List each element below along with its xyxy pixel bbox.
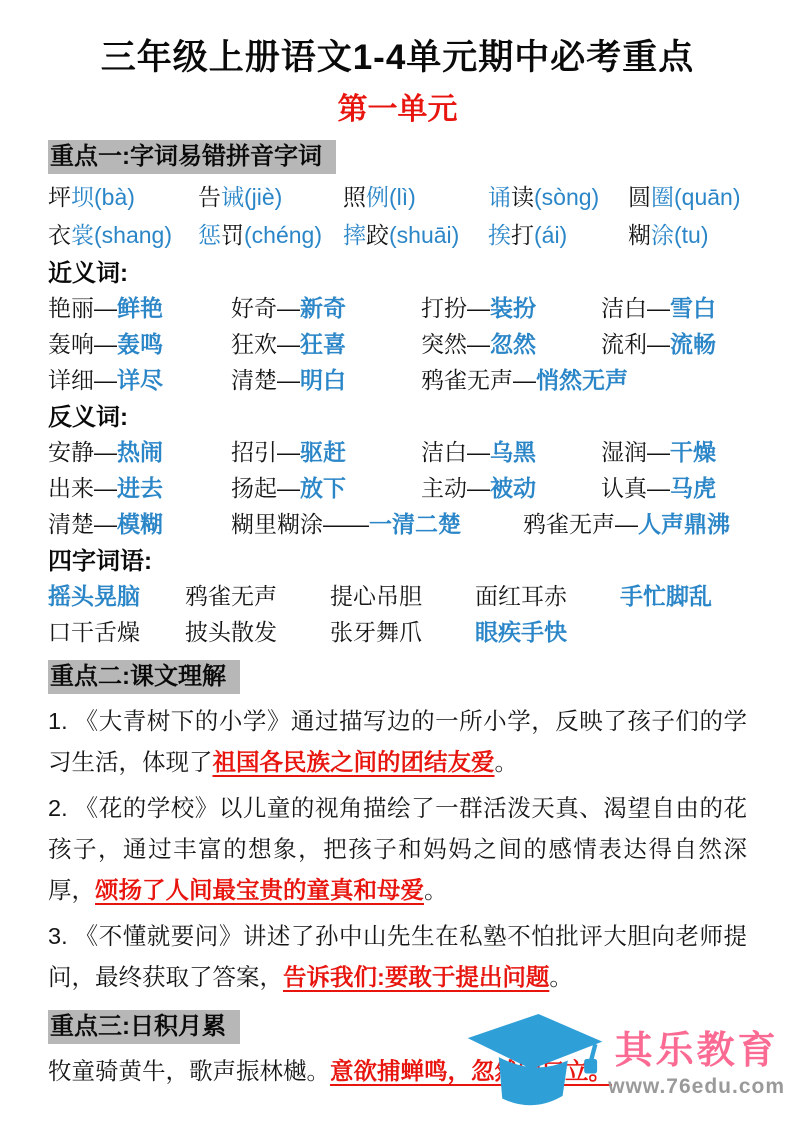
text-run: 驱赶 [300, 439, 346, 465]
text-run: (ái) [534, 222, 567, 248]
text-run: 乌黑 [490, 439, 536, 465]
text-run: 糊 [628, 222, 651, 248]
word-item: 鸦雀无声 [185, 578, 330, 611]
text-run: 颂扬了人间最宝贵的童真和母爱 [95, 877, 424, 903]
word-item: 流利—流畅 [601, 326, 747, 359]
text-run: 热闹 [117, 439, 163, 465]
text-run: 新奇 [300, 295, 346, 321]
word-item: 口干舌燥 [48, 614, 185, 647]
word-item: 鸦雀无声—悄然无声 [421, 362, 747, 395]
text-run: 认真— [601, 475, 670, 501]
word-item: 认真—马虎 [601, 470, 747, 503]
text-run: 。 [424, 877, 448, 903]
text-run: 摔 [343, 222, 366, 248]
brand-url: www.76edu.com [608, 1074, 785, 1100]
unit-heading: 第一单元 [48, 92, 747, 128]
text-run: 轰鸣 [117, 331, 163, 357]
brand-name: 其乐教育 [615, 1028, 779, 1074]
text-run: 牧童骑黄牛，歌声振林樾。 [48, 1058, 330, 1084]
antonyms-row-2: 出来—进去扬起—放下主动—被动认真—马虎 [48, 468, 747, 504]
text-run: 清楚— [48, 511, 117, 537]
text-run: 。 [495, 749, 519, 775]
text-run: 进去 [117, 475, 163, 501]
synonyms-row-2: 轰响—轰鸣狂欢—狂喜突然—忽然流利—流畅 [48, 324, 747, 360]
word-item: 挨打(ái) [488, 217, 628, 250]
word-item: 清楚—模糊 [48, 506, 231, 539]
word-item: 狂欢—狂喜 [231, 326, 421, 359]
word-item: 详细—详尽 [48, 362, 231, 395]
text-run: 鸦雀无声— [421, 367, 536, 393]
word-item: 披头散发 [185, 614, 330, 647]
text-run: 清楚— [231, 367, 300, 393]
antonyms-row-1: 安静—热闹招引—驱赶洁白—乌黑湿润—干燥 [48, 432, 747, 468]
phrases-row-2: 口干舌燥披头散发张牙舞爪眼疾手快 [48, 612, 747, 648]
text-run: 面红耳赤 [475, 583, 567, 609]
section1-header: 重点一:字词易错拼音字词 [48, 140, 336, 174]
text-run: 张牙舞爪 [330, 619, 422, 645]
text-run: 跤 [366, 222, 389, 248]
text-run: 鸦雀无声— [523, 511, 638, 537]
word-item: 主动—被动 [421, 470, 601, 503]
word-item: 鸦雀无声—人声鼎沸 [523, 506, 747, 539]
text-run: 悄然无声 [536, 367, 628, 393]
word-item: 出来—进去 [48, 470, 231, 503]
pinyin-row-2: 衣裳(shang)惩罚(chéng)摔跤(shuāi)挨打(ái)糊涂(tu) [48, 214, 747, 252]
word-item: 安静—热闹 [48, 434, 231, 467]
phrases-row-1: 摇头晃脑鸦雀无声提心吊胆面红耳赤手忙脚乱 [48, 576, 747, 612]
section1-header-row: 重点一:字词易错拼音字词 [48, 140, 747, 176]
word-item: 糊里糊涂——一清二楚 [231, 506, 523, 539]
text-run: 明白 [300, 367, 346, 393]
word-item: 告诫(jiè) [198, 179, 343, 212]
text-run: 例(lì) [366, 184, 416, 210]
word-item: 摔跤(shuāi) [343, 217, 488, 250]
section2-header-row: 重点二:课文理解 [48, 660, 747, 696]
word-item: 面红耳赤 [475, 578, 620, 611]
text-run: (sòng) [534, 184, 599, 210]
paragraph-2: 2. 《花的学校》以儿童的视角描绘了一群活泼天真、渴望自由的花孩子，通过丰富的想… [48, 783, 747, 911]
text-run: 衣 [48, 222, 71, 248]
text-run: (chéng) [244, 222, 322, 248]
word-item: 摇头晃脑 [48, 578, 185, 611]
word-item: 好奇—新奇 [231, 290, 421, 323]
brand-footer: 其乐教育 www.76edu.com [466, 1012, 785, 1116]
page: 三年级上册语文1-4单元期中必考重点 第一单元 重点一:字词易错拼音字词 坪坝(… [0, 0, 793, 1122]
text-run: 打 [511, 222, 534, 248]
pinyin-row-1: 坪坝(bà)告诫(jiè)照例(lì)诵读(sòng)圆圈(quān) [48, 176, 747, 214]
text-run: 。 [549, 964, 573, 990]
brand-text-block: 其乐教育 www.76edu.com [608, 1028, 785, 1100]
word-item: 提心吊胆 [330, 578, 475, 611]
word-item: 轰响—轰鸣 [48, 326, 231, 359]
text-run: 模糊 [117, 511, 163, 537]
text-run: 照 [343, 184, 366, 210]
word-item: 糊涂(tu) [628, 217, 747, 250]
text-run: 一清二楚 [369, 511, 461, 537]
text-run: 被动 [490, 475, 536, 501]
text-run: 扬起— [231, 475, 300, 501]
text-run: 狂欢— [231, 331, 300, 357]
word-item: 湿润—干燥 [601, 434, 747, 467]
text-run: 打扮— [421, 295, 490, 321]
word-item: 扬起—放下 [231, 470, 421, 503]
text-run: 干燥 [670, 439, 716, 465]
word-item: 洁白—乌黑 [421, 434, 601, 467]
word-item: 张牙舞爪 [330, 614, 475, 647]
text-run: 人声鼎沸 [638, 511, 730, 537]
text-run: 湿润— [601, 439, 670, 465]
word-item: 清楚—明白 [231, 362, 421, 395]
antonyms-row-3: 清楚—模糊糊里糊涂——一清二楚鸦雀无声—人声鼎沸 [48, 504, 747, 540]
text-run: 坪 [48, 184, 71, 210]
text-run: 出来— [48, 475, 117, 501]
text-run: 惩 [198, 222, 221, 248]
text-run: 详尽 [117, 367, 163, 393]
text-run: 流利— [601, 331, 670, 357]
antonyms-label: 反义词: [48, 396, 747, 432]
text-run: 洁白— [421, 439, 490, 465]
text-run: 披头散发 [185, 619, 277, 645]
text-run: 告诉我们:要敢于提出问题 [283, 964, 549, 990]
text-run: 放下 [300, 475, 346, 501]
synonyms-row-3: 详细—详尽清楚—明白鸦雀无声—悄然无声 [48, 360, 747, 396]
text-run: (shuāi) [389, 222, 459, 248]
text-run: 诵 [488, 184, 511, 210]
word-item: 突然—忽然 [421, 326, 601, 359]
text-run: 告 [198, 184, 221, 210]
word-item: 衣裳(shang) [48, 217, 198, 250]
text-run: 安静— [48, 439, 117, 465]
text-run: 糊里糊涂—— [231, 511, 369, 537]
text-run: 装扮 [490, 295, 536, 321]
text-run: 忽然 [490, 331, 536, 357]
text-run: 提心吊胆 [330, 583, 422, 609]
text-run: 洁白— [601, 295, 670, 321]
text-run: 雪白 [670, 295, 716, 321]
paragraph-3: 3. 《不懂就要问》讲述了孙中山先生在私塾不怕批评大胆向老师提问，最终获取了答案… [48, 911, 747, 998]
synonyms-label: 近义词: [48, 252, 747, 288]
text-run: 突然— [421, 331, 490, 357]
word-item: 手忙脚乱 [620, 578, 747, 611]
word-item: 圆圈(quān) [628, 179, 747, 212]
text-run: 鲜艳 [117, 295, 163, 321]
synonyms-row-1: 艳丽—鲜艳好奇—新奇打扮—装扮洁白—雪白 [48, 288, 747, 324]
text-run: 狂喜 [300, 331, 346, 357]
text-run: 罚 [221, 222, 244, 248]
text-run: 流畅 [670, 331, 716, 357]
paragraph-1: 1. 《大青树下的小学》通过描写边的一所小学，反映了孩子们的学习生活，体现了祖国… [48, 696, 747, 783]
word-item: 惩罚(chéng) [198, 217, 343, 250]
text-run: 轰响— [48, 331, 117, 357]
text-run: 好奇— [231, 295, 300, 321]
text-run: 挨 [488, 222, 511, 248]
text-run: 眼疾手快 [475, 619, 567, 645]
word-item: 照例(lì) [343, 179, 488, 212]
phrases-label: 四字词语: [48, 540, 747, 576]
page-title: 三年级上册语文1-4单元期中必考重点 [48, 36, 747, 80]
section2-header: 重点二:课文理解 [48, 660, 240, 694]
section3-header: 重点三:日积月累 [48, 1010, 240, 1044]
text-run: 主动— [421, 475, 490, 501]
word-item: 诵读(sòng) [488, 179, 628, 212]
text-run: 诫(jiè) [221, 184, 282, 210]
text-run: 口干舌燥 [48, 619, 140, 645]
graduation-cap-icon [466, 1012, 604, 1116]
text-run: 鸦雀无声 [185, 583, 277, 609]
text-run: 招引— [231, 439, 300, 465]
text-run: 涂(tu) [651, 222, 709, 248]
word-item: 眼疾手快 [475, 614, 747, 647]
text-run: 祖国各民族之间的团结友爱 [213, 749, 495, 775]
word-item: 招引—驱赶 [231, 434, 421, 467]
text-run: 裳(shang) [71, 222, 172, 248]
word-item: 坪坝(bà) [48, 179, 198, 212]
text-run: 艳丽— [48, 295, 117, 321]
word-item: 艳丽—鲜艳 [48, 290, 231, 323]
text-run: 圈(quān) [651, 184, 740, 210]
text-run: 圆 [628, 184, 651, 210]
text-run: 读 [511, 184, 534, 210]
text-run: 详细— [48, 367, 117, 393]
text-run: 手忙脚乱 [620, 583, 712, 609]
text-run: 摇头晃脑 [48, 583, 140, 609]
word-item: 打扮—装扮 [421, 290, 601, 323]
text-run: 坝(bà) [71, 184, 135, 210]
word-item: 洁白—雪白 [601, 290, 747, 323]
text-run: 马虎 [670, 475, 716, 501]
